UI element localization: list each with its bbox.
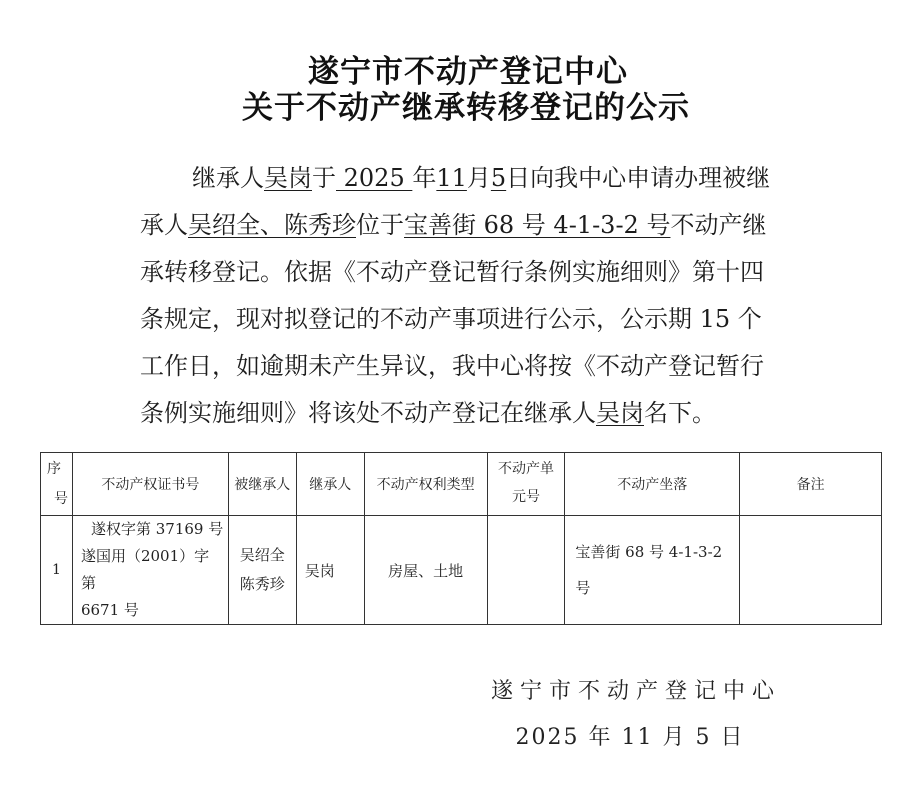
header-unit-no-line1: 不动产单 [492, 455, 561, 483]
location-line1: 宝善街 68 号 4-1-3-2 [575, 534, 735, 570]
body-text: 不动产继 [670, 211, 766, 239]
signature-org: 遂宁市不动产登记中心 [466, 674, 806, 705]
cell-unit-no [487, 516, 565, 625]
body-line: 条例实施细则》将该处不动产登记在继承人吴岗名下。 [140, 390, 800, 437]
body-text: 继承人 [192, 164, 264, 192]
notice-title-subject: 关于不动产继承转移登记的公示 [10, 82, 912, 127]
underlined-field: 宝善街 68 号 4-1-3-2 号 [404, 211, 670, 239]
body-line: 条规定，现对拟登记的不动产事项进行公示，公示期 15 个 [140, 296, 800, 343]
cert-no-line2: 遂国用（2001）字第 [81, 543, 224, 597]
header-unit-no: 不动产单 元号 [487, 453, 565, 516]
table-row: 1 遂权字第 37169 号 遂国用（2001）字第 6671 号 吴绍全 陈秀… [41, 516, 882, 625]
header-seq-line1: 序 [41, 454, 72, 484]
body-text: 名下。 [644, 399, 716, 427]
body-line: 工作日，如逾期未产生异议，我中心将按《不动产登记暂行 [140, 343, 800, 390]
body-text: 条例实施细则》将该处不动产登记在继承人 [140, 399, 596, 427]
header-seq-line2: 号 [41, 484, 72, 514]
cell-remarks [740, 516, 882, 625]
decedent-line1: 吴绍全 [233, 541, 292, 570]
cell-seq: 1 [41, 516, 73, 625]
cell-cert-no: 遂权字第 37169 号 遂国用（2001）字第 6671 号 [72, 516, 228, 625]
body-text: 条规定，现对拟登记的不动产事项进行公示，公示期 15 个 [140, 305, 762, 333]
header-seq: 序 号 [41, 453, 73, 516]
table-header-row: 序 号 不动产权证书号 被继承人 继承人 不动产权利类型 不动产单 元号 不动产… [41, 453, 882, 516]
body-text: 于 [312, 164, 336, 192]
header-decedent: 被继承人 [228, 453, 296, 516]
header-cert-no: 不动产权证书号 [72, 453, 228, 516]
body-text: 工作日，如逾期未产生异议，我中心将按《不动产登记暂行 [140, 352, 764, 380]
cell-decedent: 吴绍全 陈秀珍 [228, 516, 296, 625]
body-line: 承人吴绍全、陈秀珍位于宝善街 68 号 4-1-3-2 号不动产继 [140, 202, 800, 249]
underlined-field: 吴岗 [596, 399, 644, 427]
notice-body: 继承人吴岗于 2025 年11月5日向我中心申请办理被继承人吴绍全、陈秀珍位于宝… [140, 155, 800, 437]
cert-no-line1: 遂权字第 37169 号 [81, 516, 224, 543]
body-text: 年 [412, 164, 436, 192]
cert-no-line3: 6671 号 [81, 597, 224, 624]
cell-location: 宝善街 68 号 4-1-3-2 号 [565, 516, 740, 625]
underlined-field: 5 [491, 164, 506, 192]
header-heir: 继承人 [296, 453, 364, 516]
body-text: 月 [467, 164, 491, 192]
decedent-line2: 陈秀珍 [233, 570, 292, 599]
header-unit-no-line2: 元号 [492, 483, 561, 511]
body-text: 位于 [356, 211, 404, 239]
body-line: 继承人吴岗于 2025 年11月5日向我中心申请办理被继 [140, 155, 800, 202]
underlined-field: 11 [436, 164, 467, 192]
cell-right-type: 房屋、土地 [364, 516, 487, 625]
body-text: 日向我中心申请办理被继 [506, 164, 770, 192]
header-remarks: 备注 [740, 453, 882, 516]
header-right-type: 不动产权利类型 [364, 453, 487, 516]
cell-heir: 吴岗 [296, 516, 364, 625]
underlined-field: 吴绍全、陈秀珍 [188, 211, 356, 239]
signature-date: 2025 年 11 月 5 日 [460, 720, 800, 751]
property-table: 序 号 不动产权证书号 被继承人 继承人 不动产权利类型 不动产单 元号 不动产… [40, 452, 882, 625]
underlined-field: 吴岗 [264, 164, 312, 192]
body-line: 承转移登记。依据《不动产登记暂行条例实施细则》第十四 [140, 249, 800, 296]
body-text: 承转移登记。依据《不动产登记暂行条例实施细则》第十四 [140, 258, 764, 286]
header-location: 不动产坐落 [565, 453, 740, 516]
location-line2: 号 [575, 570, 735, 606]
body-text: 承人 [140, 211, 188, 239]
underlined-field: 2025 [336, 164, 412, 192]
